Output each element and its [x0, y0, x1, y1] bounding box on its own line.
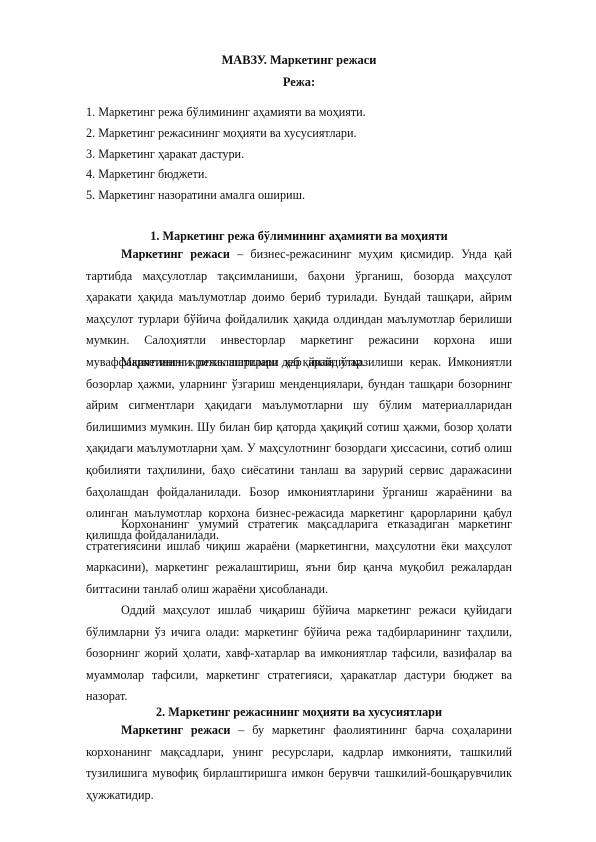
paragraph: Корхонанинг умумий стратегик мақсадлариг…: [86, 514, 512, 600]
bold-term: Маркетинг режаси: [121, 247, 230, 261]
paragraph: Маркетинг режаси – бу маркетинг фаолияти…: [86, 720, 512, 806]
paragraph: Оддий маҳсулот ишлаб чиқариш бўйича марк…: [86, 600, 512, 708]
plan-item: 1. Маркетинг режа бўлимининг аҳамияти ва…: [86, 105, 366, 120]
plan-title: Режа:: [86, 75, 512, 90]
plan-item: 2. Маркетинг режасининг моҳияти ва хусус…: [86, 126, 357, 141]
plan-item: 5. Маркетинг назоратини амалга ошириш.: [86, 188, 305, 203]
topic-title: МАВЗУ. Маркетинг режаси: [86, 53, 512, 68]
plan-item: 4. Маркетинг бюджети.: [86, 167, 207, 182]
paragraph-text: Корхонанинг умумий стратегик мақсадлариг…: [86, 517, 512, 596]
paragraph-text: Оддий маҳсулот ишлаб чиқариш бўйича марк…: [86, 603, 512, 703]
bold-term: Маркетинг режаси: [121, 723, 230, 737]
paragraph-text: – бизнес-режасининг муҳим қисмидир. Унда…: [86, 247, 512, 369]
section-heading: 2. Маркетинг режасининг моҳияти ва хусус…: [86, 705, 512, 720]
plan-item: 3. Маркетинг ҳаракат дастури.: [86, 147, 244, 162]
section-heading: 1. Маркетинг режа бўлимининг аҳамияти ва…: [86, 229, 512, 244]
